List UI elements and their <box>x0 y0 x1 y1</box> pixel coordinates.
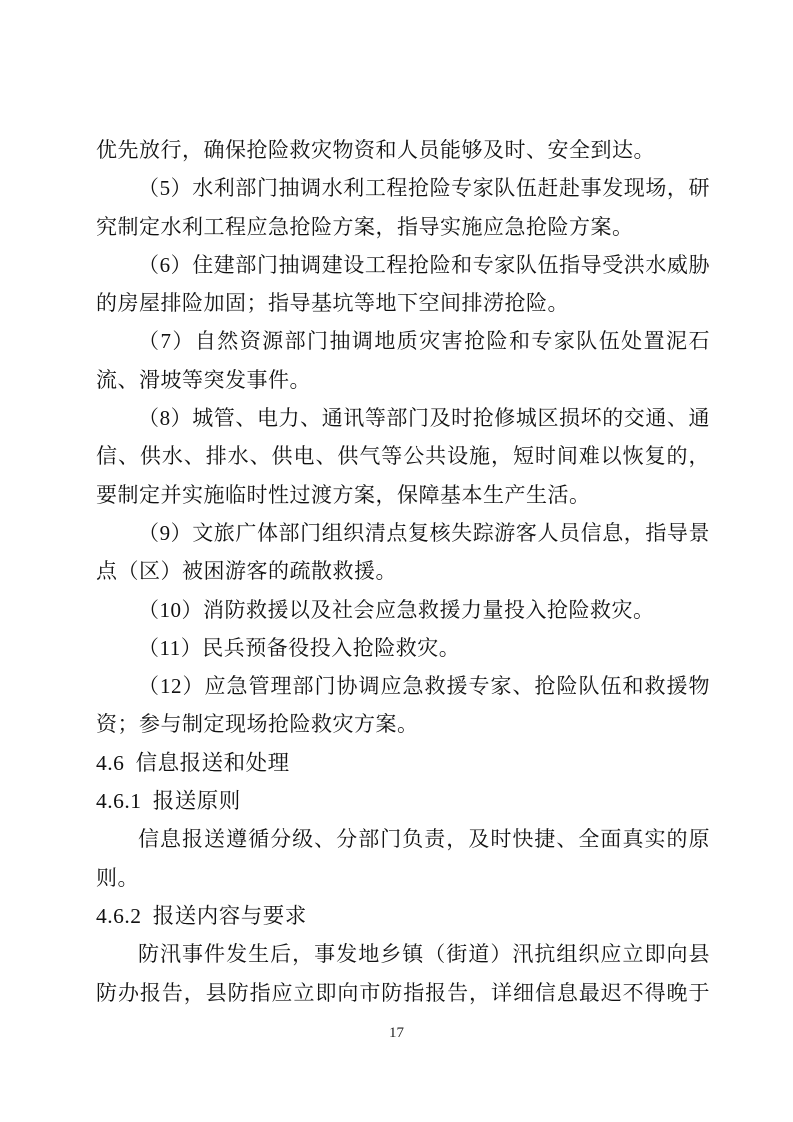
text-line: （5）水利部门抽调水利工程抢险专家队伍赶赴事发现场，研 <box>96 169 710 207</box>
paragraph: （5）水利部门抽调水利工程抢险专家队伍赶赴事发现场，研究制定水利工程应急抢险方案… <box>96 169 710 246</box>
text-line: （8）城管、电力、通讯等部门及时抢修城区损坏的交通、通 <box>96 399 710 437</box>
paragraph: （7）自然资源部门抽调地质灾害抢险和专家队伍处置泥石流、滑坡等突发事件。 <box>96 322 710 399</box>
text-line: 防汛事件发生后，事发地乡镇（街道）汛抗组织应立即向县 <box>96 935 710 973</box>
paragraph: （11）民兵预备役投入抢险救灾。 <box>96 629 710 667</box>
text-line: 要制定并实施临时性过渡方案，保障基本生产生活。 <box>96 476 710 514</box>
text-line: 资；参与制定现场抢险救灾方案。 <box>96 705 710 743</box>
text-line: 优先放行，确保抢险救灾物资和人员能够及时、安全到达。 <box>96 131 710 169</box>
text-line: （11）民兵预备役投入抢险救灾。 <box>96 629 710 667</box>
section-heading: 4.6 信息报送和处理 <box>96 744 710 782</box>
text-line: （10）消防救援以及社会应急救援力量投入抢险救灾。 <box>96 591 710 629</box>
text-line: 信息报送遵循分级、分部门负责，及时快捷、全面真实的原 <box>96 820 710 858</box>
text-line: 的房屋排险加固；指导基坑等地下空间排涝抢险。 <box>96 284 710 322</box>
text-line: 流、滑坡等突发事件。 <box>96 361 710 399</box>
text-line: （9）文旅广体部门组织清点复核失踪游客人员信息，指导景 <box>96 514 710 552</box>
paragraph: （6）住建部门抽调建设工程抢险和专家队伍指导受洪水威胁的房屋排险加固；指导基坑等… <box>96 246 710 323</box>
text-line: 则。 <box>96 859 710 897</box>
text-line: 防办报告，县防指应立即向市防指报告，详细信息最迟不得晚于 <box>96 974 710 1012</box>
document-body: 优先放行，确保抢险救灾物资和人员能够及时、安全到达。（5）水利部门抽调水利工程抢… <box>96 131 710 1012</box>
text-line: 4.6.1 报送原则 <box>96 782 710 820</box>
section-heading: 4.6.2 报送内容与要求 <box>96 897 710 935</box>
paragraph: （10）消防救援以及社会应急救援力量投入抢险救灾。 <box>96 591 710 629</box>
text-line: （7）自然资源部门抽调地质灾害抢险和专家队伍处置泥石 <box>96 322 710 360</box>
text-line: 点（区）被困游客的疏散救援。 <box>96 552 710 590</box>
text-line: （12）应急管理部门协调应急救援专家、抢险队伍和救援物 <box>96 667 710 705</box>
text-line: 4.6.2 报送内容与要求 <box>96 897 710 935</box>
text-line: 信、供水、排水、供电、供气等公共设施，短时间难以恢复的， <box>96 437 710 475</box>
paragraph: （8）城管、电力、通讯等部门及时抢修城区损坏的交通、通信、供水、排水、供电、供气… <box>96 399 710 514</box>
document-page: 优先放行，确保抢险救灾物资和人员能够及时、安全到达。（5）水利部门抽调水利工程抢… <box>0 0 793 1122</box>
section-heading: 4.6.1 报送原则 <box>96 782 710 820</box>
text-line: （6）住建部门抽调建设工程抢险和专家队伍指导受洪水威胁 <box>96 246 710 284</box>
footer: 17 <box>0 1024 793 1042</box>
paragraph: （12）应急管理部门协调应急救援专家、抢险队伍和救援物资；参与制定现场抢险救灾方… <box>96 667 710 744</box>
text-line: 究制定水利工程应急抢险方案，指导实施应急抢险方案。 <box>96 208 710 246</box>
page-number: 17 <box>389 1025 404 1041</box>
paragraph: （9）文旅广体部门组织清点复核失踪游客人员信息，指导景点（区）被困游客的疏散救援… <box>96 514 710 591</box>
text-line: 4.6 信息报送和处理 <box>96 744 710 782</box>
paragraph: 信息报送遵循分级、分部门负责，及时快捷、全面真实的原则。 <box>96 820 710 897</box>
paragraph: 优先放行，确保抢险救灾物资和人员能够及时、安全到达。 <box>96 131 710 169</box>
paragraph: 防汛事件发生后，事发地乡镇（街道）汛抗组织应立即向县防办报告，县防指应立即向市防… <box>96 935 710 1012</box>
